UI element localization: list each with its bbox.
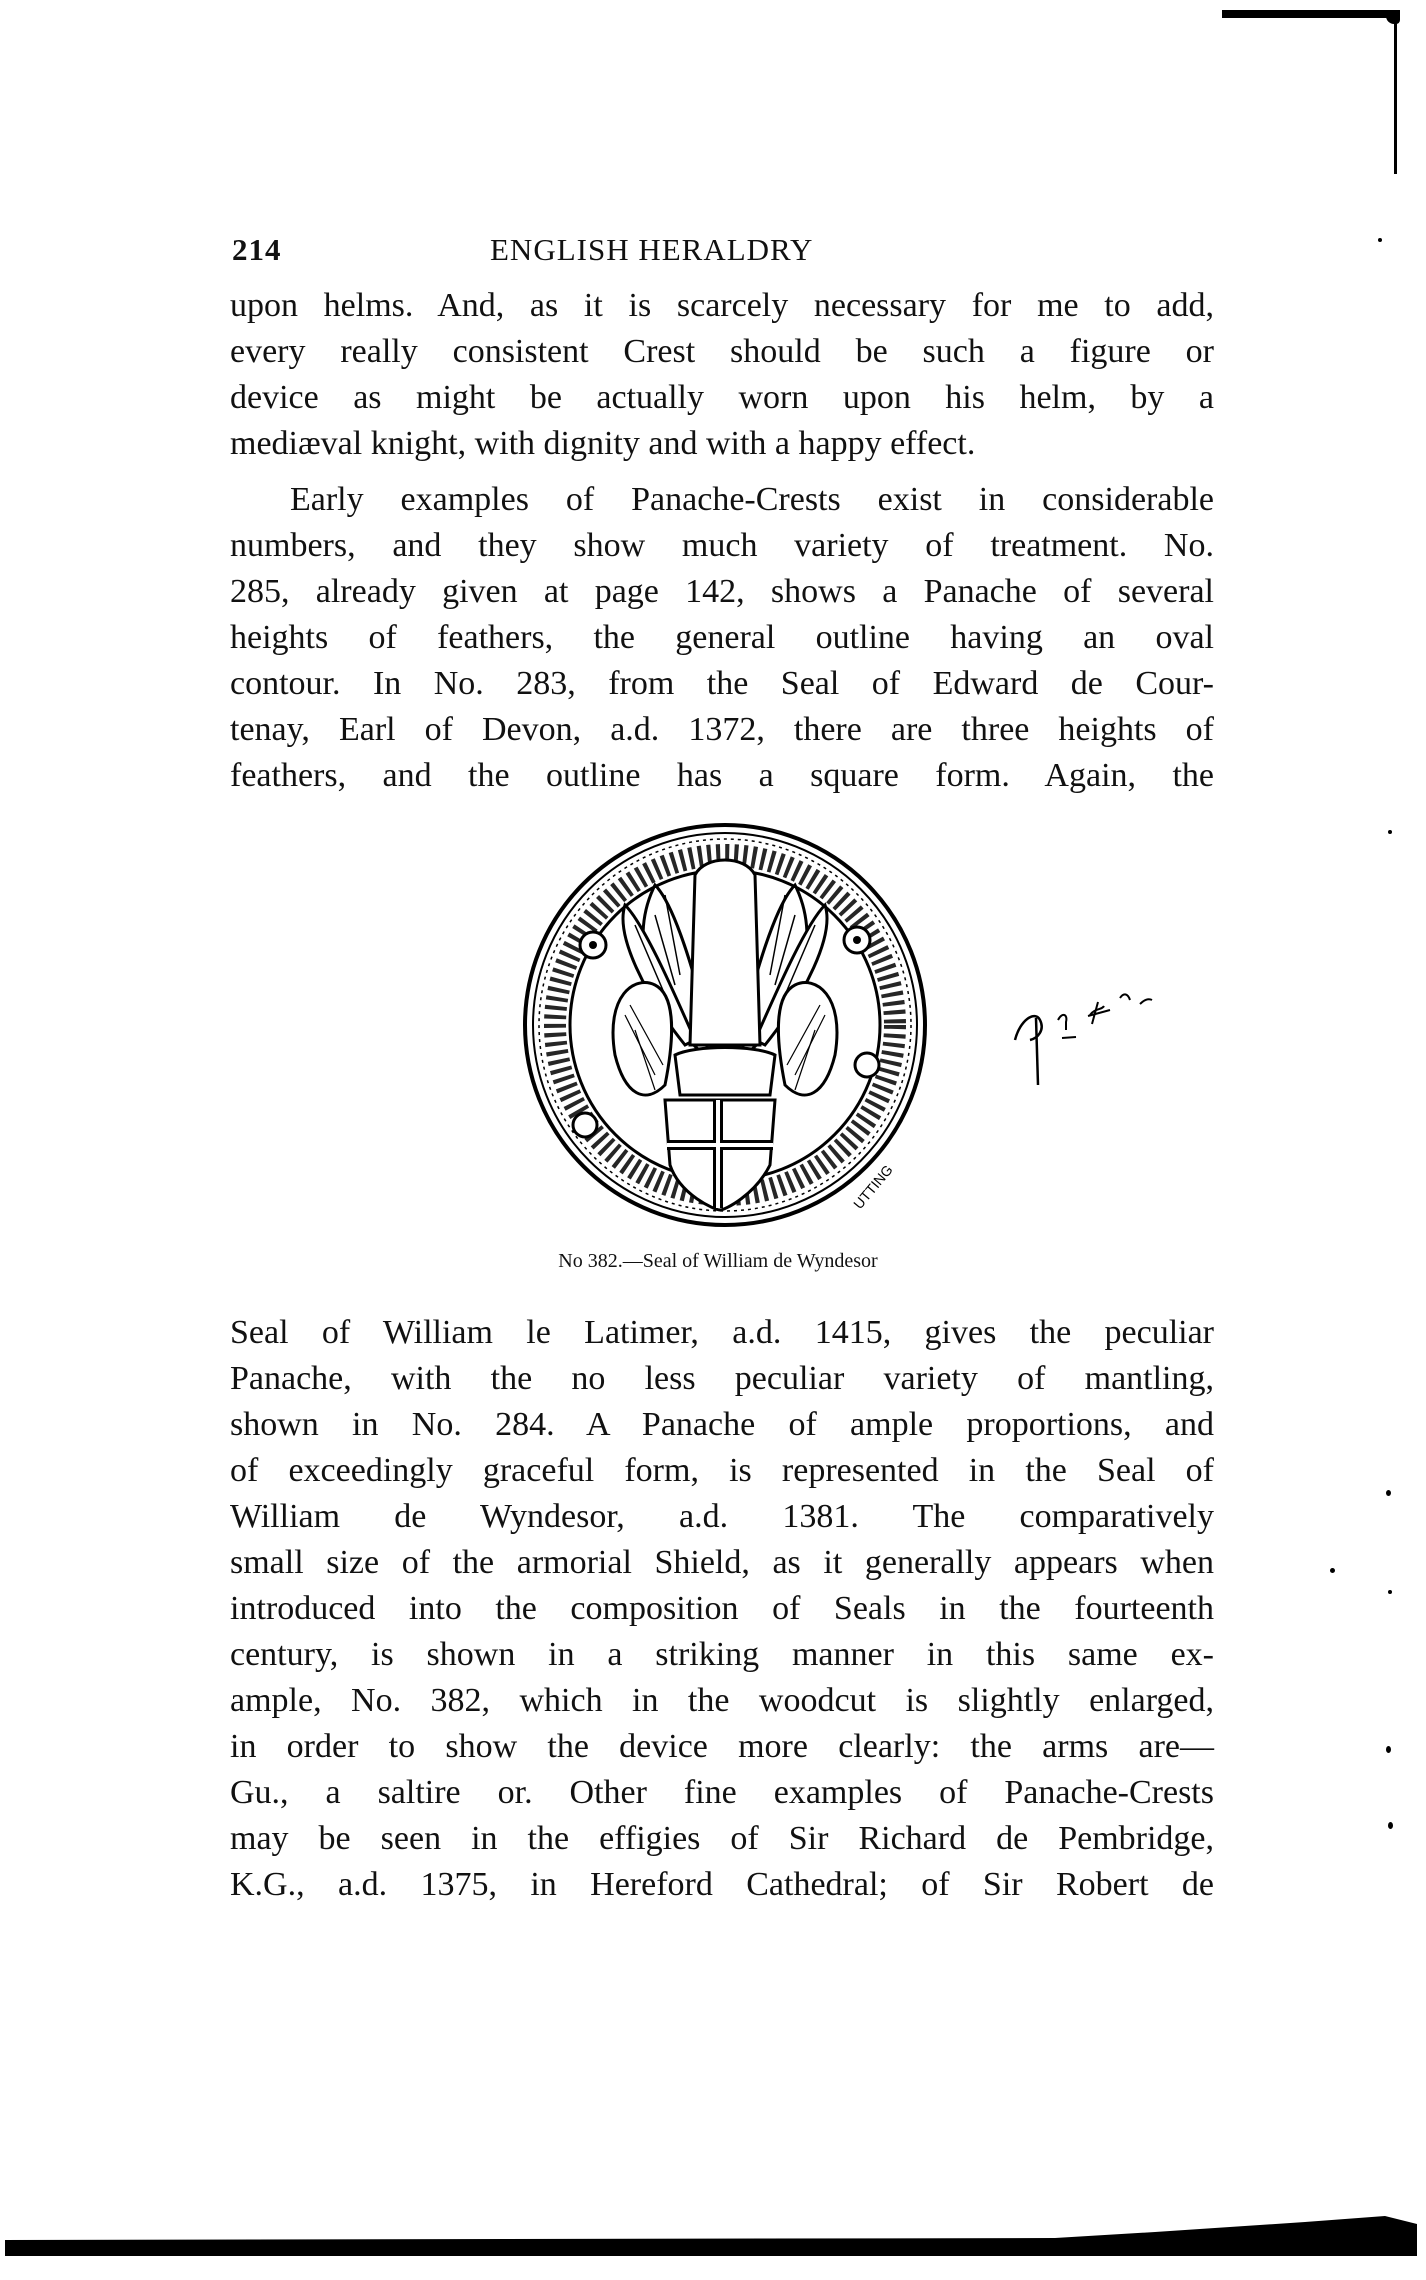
text-line: mediæval knight, with dignity and with a… bbox=[230, 421, 1214, 467]
text-line: introduced into the composition of Seals… bbox=[230, 1586, 1214, 1632]
text-line: upon helms. And, as it is scarcely neces… bbox=[230, 283, 1214, 329]
margin-speck bbox=[1388, 830, 1392, 834]
text-line: century, is shown in a striking manner i… bbox=[230, 1632, 1214, 1678]
margin-speck bbox=[1388, 1590, 1392, 1594]
seal-illustration: UTTING bbox=[505, 815, 945, 1235]
text-line: Gu., a saltire or. Other fine examples o… bbox=[230, 1770, 1214, 1816]
handwritten-annotation bbox=[1010, 980, 1210, 1100]
text-line: tenay, Earl of Devon, a.d. 1372, there a… bbox=[230, 707, 1214, 753]
text-line: Early examples of Panache-Crests exist i… bbox=[230, 477, 1214, 523]
text-line: Panache, with the no less peculiar varie… bbox=[230, 1356, 1214, 1402]
scan-edge-bottom bbox=[5, 2210, 1417, 2260]
paragraph-3: Seal of William le Latimer, a.d. 1415, g… bbox=[230, 1310, 1214, 1908]
engraver-signature: UTTING bbox=[850, 1162, 896, 1212]
paragraph-2: Early examples of Panache-Crests exist i… bbox=[230, 477, 1214, 799]
text-line: numbers, and they show much variety of t… bbox=[230, 523, 1214, 569]
text-line: small size of the armorial Shield, as it… bbox=[230, 1540, 1214, 1586]
text-line: heights of feathers, the general outline… bbox=[230, 615, 1214, 661]
text-line: in order to show the device more clearly… bbox=[230, 1724, 1214, 1770]
margin-speck bbox=[1388, 1822, 1393, 1829]
text-line: contour. In No. 283, from the Seal of Ed… bbox=[230, 661, 1214, 707]
seal-woodcut-icon: UTTING bbox=[505, 815, 945, 1235]
running-title: ENGLISH HERALDRY bbox=[490, 232, 813, 268]
paragraph-1: upon helms. And, as it is scarcely neces… bbox=[230, 283, 1214, 467]
margin-speck bbox=[1386, 1490, 1391, 1496]
text-line: 285, already given at page 142, shows a … bbox=[230, 569, 1214, 615]
text-line: William de Wyndesor, a.d. 1381. The comp… bbox=[230, 1494, 1214, 1540]
text-line: K.G., a.d. 1375, in Hereford Cathedral; … bbox=[230, 1862, 1214, 1908]
margin-speck bbox=[1330, 1568, 1335, 1573]
text-line: of exceedingly graceful form, is represe… bbox=[230, 1448, 1214, 1494]
page-number: 214 bbox=[232, 232, 282, 268]
scan-edge-top bbox=[1222, 10, 1392, 18]
text-line: Seal of William le Latimer, a.d. 1415, g… bbox=[230, 1310, 1214, 1356]
text-line: device as might be actually worn upon hi… bbox=[230, 375, 1214, 421]
figure-caption: No 382.—Seal of William de Wyndesor bbox=[478, 1250, 958, 1273]
text-line: ample, No. 382, which in the woodcut is … bbox=[230, 1678, 1214, 1724]
margin-speck bbox=[1386, 1746, 1391, 1753]
text-line: may be seen in the effigies of Sir Richa… bbox=[230, 1816, 1214, 1862]
handwriting-icon bbox=[1010, 980, 1210, 1100]
margin-speck bbox=[1378, 238, 1382, 242]
scan-edge-corner bbox=[1386, 10, 1400, 24]
running-head: 214 ENGLISH HERALDRY bbox=[232, 232, 1212, 272]
text-line: every really consistent Crest should be … bbox=[230, 329, 1214, 375]
text-line: feathers, and the outline has a square f… bbox=[230, 753, 1214, 799]
scan-edge-right bbox=[1394, 14, 1397, 174]
text-line: shown in No. 284. A Panache of ample pro… bbox=[230, 1402, 1214, 1448]
